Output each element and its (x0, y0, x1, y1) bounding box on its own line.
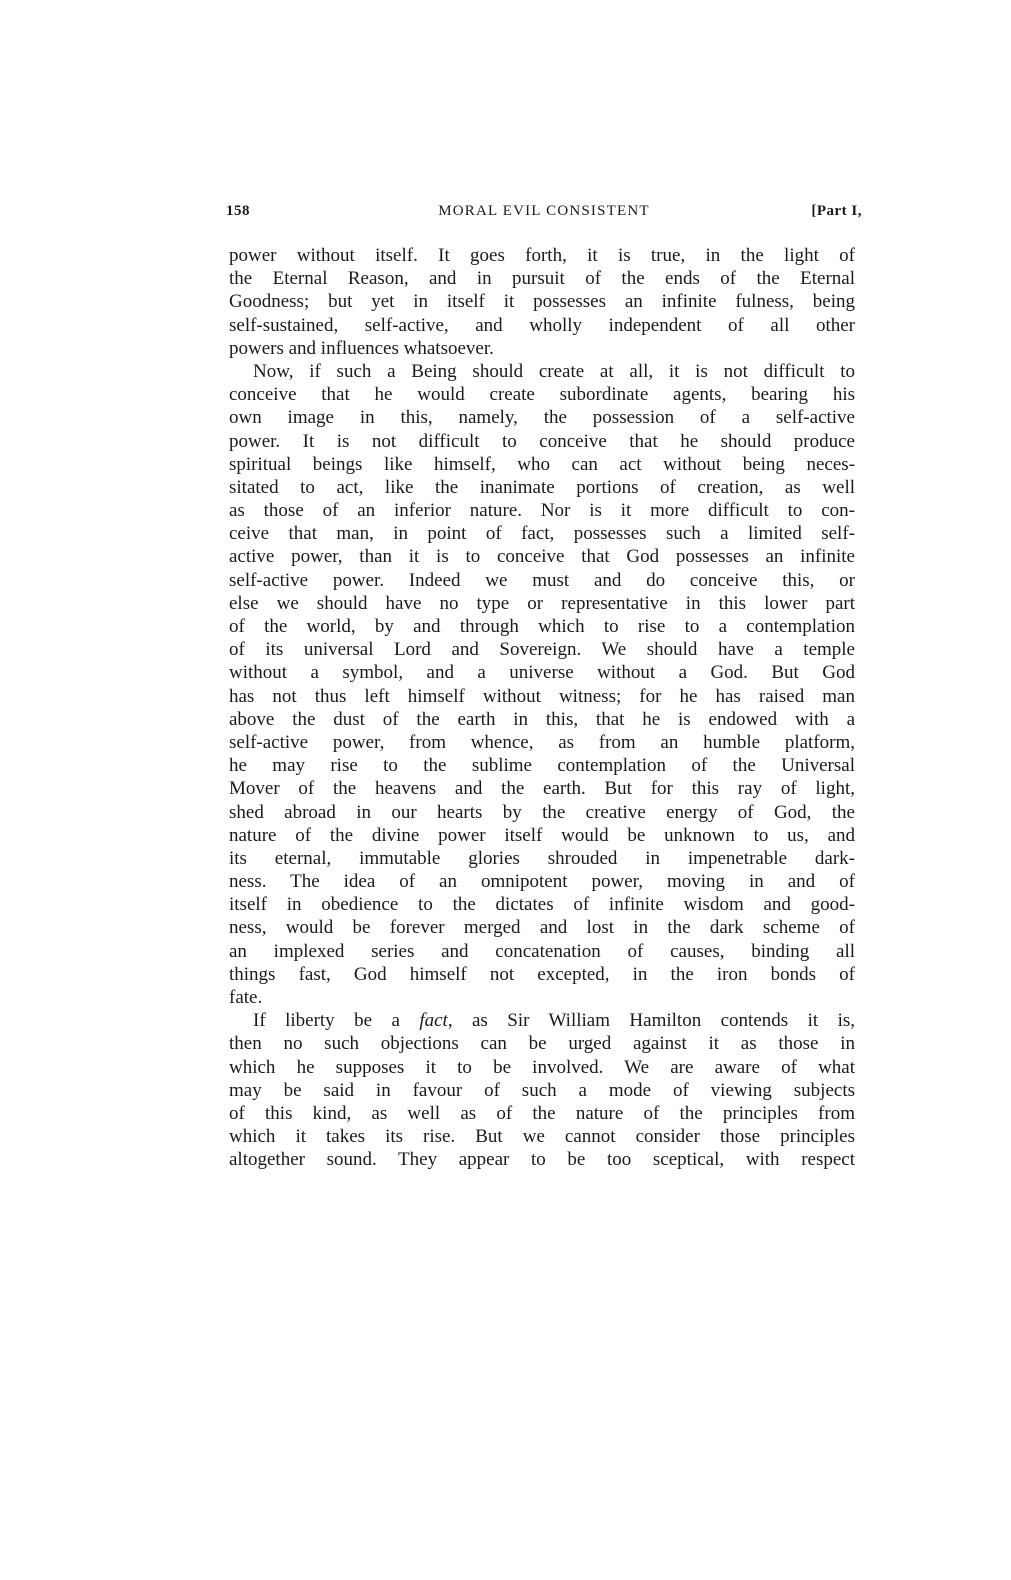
text-line: as those of an inferior nature. Nor is i… (229, 499, 855, 522)
paragraph-2: Now, if such a Being should create at al… (229, 360, 855, 1009)
text-line: things fast, God himself not excepted, i… (229, 963, 855, 986)
text-line: the Eternal Reason, and in pursuit of th… (229, 267, 855, 290)
text-line: spiritual beings like himself, who can a… (229, 453, 855, 476)
paragraph-1: power without itself. It goes forth, it … (229, 244, 855, 360)
text-line-with-italic: If liberty be a fact, as Sir William Ham… (229, 1009, 855, 1032)
text-line: conceive that he would create subordinat… (229, 383, 855, 406)
text-line: else we should have no type or represent… (229, 592, 855, 615)
text-line: fate. (229, 986, 855, 1009)
text-line: which it takes its rise. But we cannot c… (229, 1125, 855, 1148)
text-line: active power, than it is to conceive tha… (229, 545, 855, 568)
running-head: 158 MORAL EVIL CONSISTENT [Part I, (226, 203, 862, 227)
text-line: self-sustained, self-active, and wholly … (229, 314, 855, 337)
text-line: which he supposes it to be involved. We … (229, 1056, 855, 1079)
text-line: ness. The idea of an omnipotent power, m… (229, 870, 855, 893)
italic-emphasis: fact (419, 1010, 448, 1031)
text-line: has not thus left himself without witnes… (229, 685, 855, 708)
text-line: Mover of the heavens and the earth. But … (229, 777, 855, 800)
running-title: MORAL EVIL CONSISTENT (226, 203, 862, 220)
text-line: Now, if such a Being should create at al… (229, 360, 855, 383)
text-line: without a symbol, and a universe without… (229, 661, 855, 684)
part-label: [Part I, (811, 203, 862, 220)
body-text: power without itself. It goes forth, it … (229, 244, 855, 1172)
text-line: self-active power, from whence, as from … (229, 731, 855, 754)
text-line: power without itself. It goes forth, it … (229, 244, 855, 267)
text-line: he may rise to the sublime contemplation… (229, 754, 855, 777)
text-line: power. It is not difficult to conceive t… (229, 430, 855, 453)
text-line: shed abroad in our hearts by the creativ… (229, 801, 855, 824)
text-line: then no such objections can be urged aga… (229, 1032, 855, 1055)
text-line: altogether sound. They appear to be too … (229, 1148, 855, 1171)
text-line: ness, would be forever merged and lost i… (229, 916, 855, 939)
text-line: ceive that man, in point of fact, posses… (229, 522, 855, 545)
text-line: an implexed series and concatenation of … (229, 940, 855, 963)
text-line: sitated to act, like the inanimate porti… (229, 476, 855, 499)
text-line: above the dust of the earth in this, tha… (229, 708, 855, 731)
paragraph-3: If liberty be a fact, as Sir William Ham… (229, 1009, 855, 1171)
text-line: own image in this, namely, the possessio… (229, 406, 855, 429)
text-line: of this kind, as well as of the nature o… (229, 1102, 855, 1125)
text-line: its eternal, immutable glories shrouded … (229, 847, 855, 870)
text-line: of its universal Lord and Sovereign. We … (229, 638, 855, 661)
book-page: 158 MORAL EVIL CONSISTENT [Part I, power… (0, 0, 1011, 1580)
text-line: powers and influences whatsoever. (229, 337, 855, 360)
text-line: nature of the divine power itself would … (229, 824, 855, 847)
text-line: may be said in favour of such a mode of … (229, 1079, 855, 1102)
text-line: self-active power. Indeed we must and do… (229, 569, 855, 592)
text-line: Goodness; but yet in itself it possesses… (229, 290, 855, 313)
text-line: of the world, by and through which to ri… (229, 615, 855, 638)
text-line: itself in obedience to the dictates of i… (229, 893, 855, 916)
